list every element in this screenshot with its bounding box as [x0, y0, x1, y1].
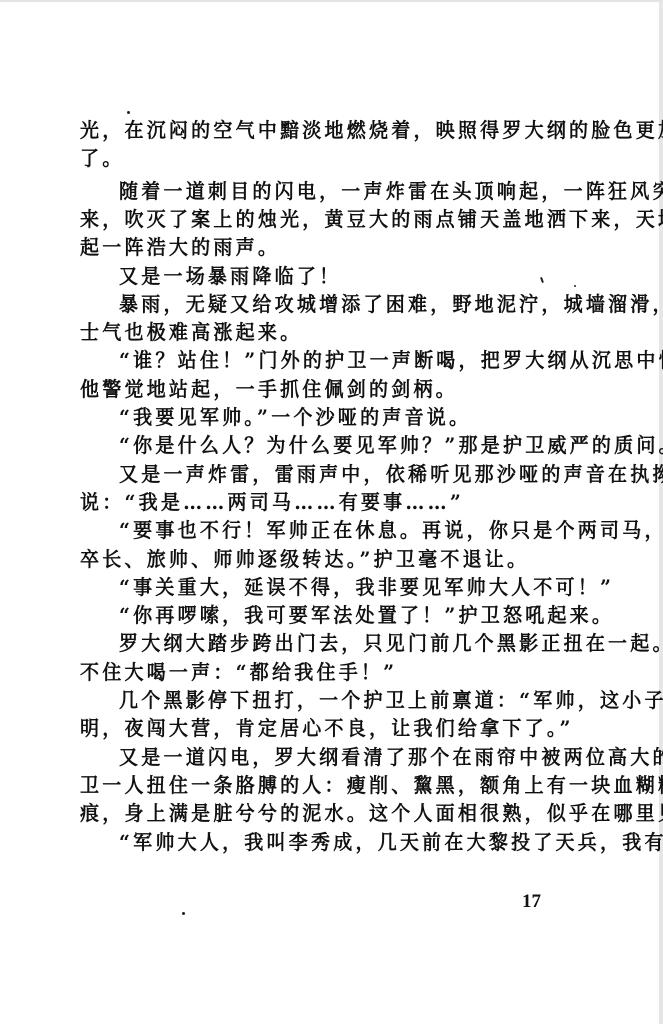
text-line: 来，吹灭了案上的烛光，黄豆大的雨点铺天盖地洒下来，天地间响 [80, 205, 663, 233]
text-line: 罗大纲大踏步跨出门去，只见门前几个黑影正扭在一起。他忍 [119, 629, 663, 657]
text-line: 又是一声炸雷，雷雨声中，依稀听见那沙哑的声音在执拗地 [119, 460, 663, 488]
text-line: “要事也不行！军帅正在休息。再说，你只是个两司马，有事应 [119, 516, 663, 544]
page-number: 17 [522, 891, 541, 913]
text-line: 暴雨，无疑又给攻城增添了困难，野地泥泞，城墙溜滑，将士的 [119, 290, 663, 318]
scan-speck [540, 277, 544, 283]
text-line: 士气也极难高涨起来。 [80, 318, 302, 346]
text-line: “我要见军帅。”一个沙哑的声音说。 [119, 403, 471, 431]
text-line: 起一阵浩大的雨声。 [80, 233, 280, 261]
scan-speck [182, 912, 185, 915]
text-line: 随着一道刺目的闪电，一声炸雷在头顶响起，一阵狂风突如其 [119, 177, 663, 205]
text-line: “谁？站住！”门外的护卫一声断喝，把罗大纲从沉思中惊醒， [119, 346, 663, 374]
text-line: 又是一道闪电，罗大纲看清了那个在雨帘中被两位高大的护 [119, 743, 663, 771]
text-line: 痕，身上满是脏兮兮的泥水。这个人面相很熟，似乎在哪里见过。 [80, 799, 663, 827]
book-page: 光，在沉闷的空气中黯淡地燃烧着，映照得罗大纲的脸色更加阴沉了。随着一道刺目的闪电… [0, 0, 663, 1024]
text-line: 他警觉地站起，一手抓住佩剑的剑柄。 [80, 375, 458, 403]
text-line: 卫一人扭住一条胳膊的人：瘦削、黧黑，额角上有一块血糊糊的疤 [80, 771, 663, 799]
text-line: “你再啰嗦，我可要军法处置了！”护卫怒吼起来。 [119, 601, 614, 629]
text-line: 又是一场暴雨降临了！ [119, 262, 341, 290]
text-line: 明，夜闯大营，肯定居心不良，让我们给拿下了。” [80, 714, 574, 742]
text-line: 光，在沉闷的空气中黯淡地燃烧着，映照得罗大纲的脸色更加阴沉 [80, 116, 663, 144]
text-line: 不住大喝一声：“都给我住手！” [80, 658, 397, 686]
text-line: 说：“我是……两司马……有要事……” [80, 488, 464, 516]
text-line: 几个黑影停下扭打，一个护卫上前禀道：“军帅，这小子来路不 [119, 686, 663, 714]
text-line: “事关重大，延误不得，我非要见军帅大人不可！” [119, 573, 614, 601]
scan-speck [127, 111, 130, 114]
text-line: “军帅大人，我叫李秀成，几天前在大黎投了天兵，我有要事禀 [119, 828, 663, 856]
text-line: 了。 [80, 144, 124, 172]
text-line: 卒长、旅帅、师帅逐级转达。”护卫毫不退让。 [80, 545, 529, 573]
scan-speck [574, 285, 576, 287]
text-line: “你是什么人？为什么要见军帅？”那是护卫威严的质问。 [119, 431, 663, 459]
